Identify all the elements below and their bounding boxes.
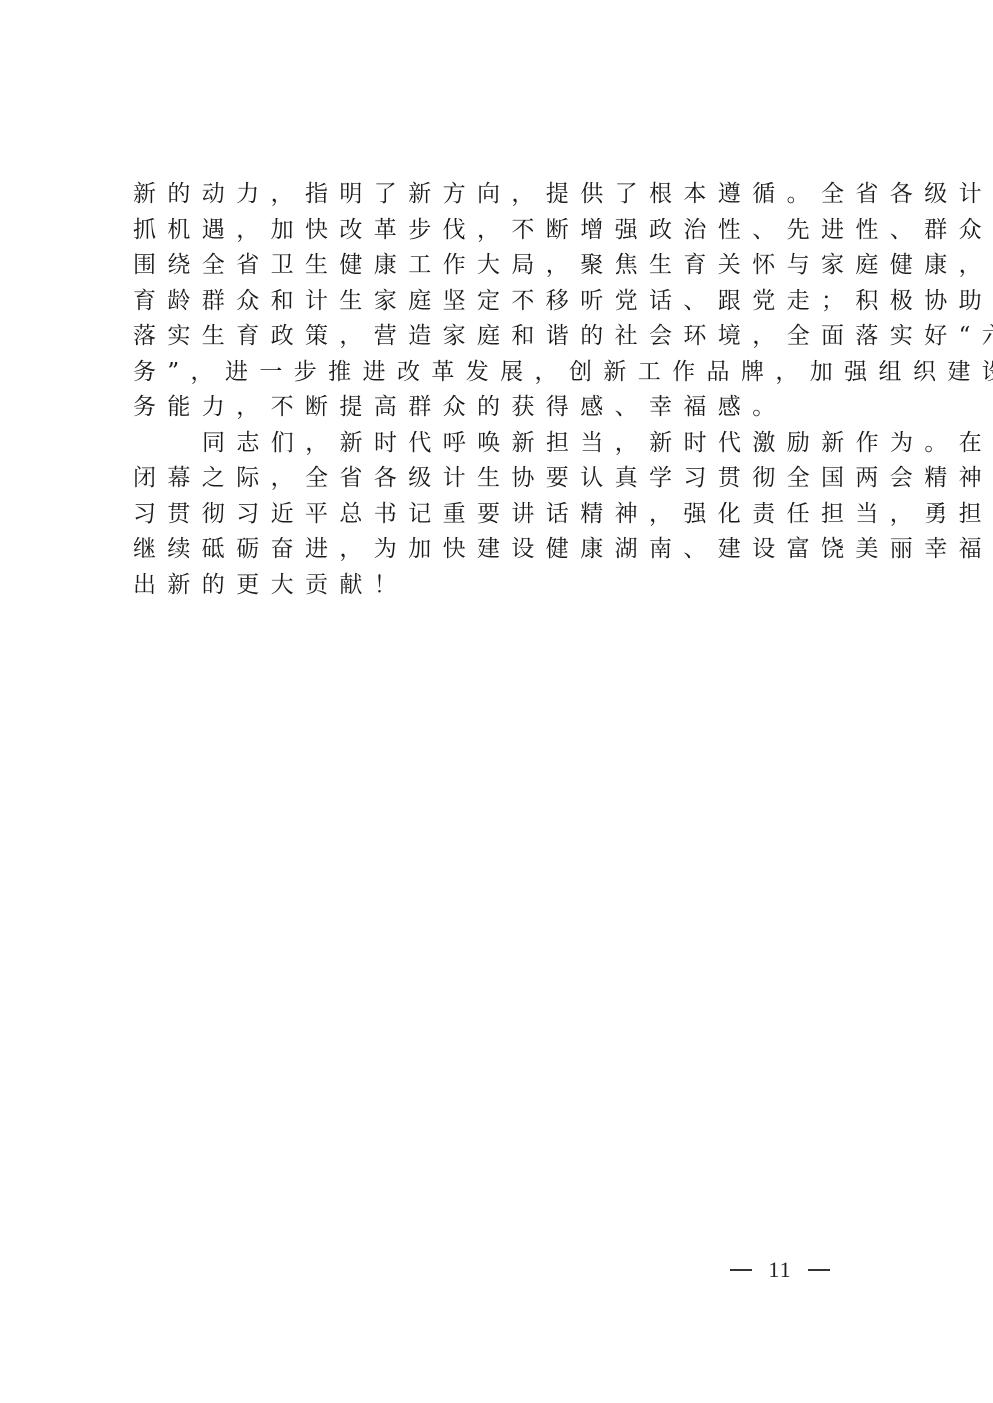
paragraph-1: 新的动力，指明了新方向，提供了根本遵循。全省各级计生协要抢 抓机遇，加快改革步伐…	[133, 177, 873, 426]
text-line: 同志们，新时代呼唤新担当，新时代激励新作为。在全国两会	[133, 426, 873, 462]
body-text: 新的动力，指明了新方向，提供了根本遵循。全省各级计生协要抢 抓机遇，加快改革步伐…	[133, 177, 873, 603]
text-line: 闭幕之际，全省各级计生协要认真学习贯彻全国两会精神，认真学	[133, 461, 873, 497]
text-line: 出新的更大贡献！	[133, 568, 873, 604]
right-dash-decoration	[808, 1269, 830, 1270]
text-line: 落实生育政策，营造家庭和谐的社会环境，全面落实好“六项重点任	[133, 319, 873, 355]
text-line: 务”，进一步推进改革发展，创新工作品牌，加强组织建设，提升服	[133, 355, 873, 391]
left-dash-decoration	[730, 1269, 752, 1270]
text-line: 继续砥砺奋进，为加快建设健康湖南、建设富饶美丽幸福新湖南作	[133, 532, 873, 568]
document-page: 新的动力，指明了新方向，提供了根本遵循。全省各级计生协要抢 抓机遇，加快改革步伐…	[0, 0, 993, 1403]
page-number: 11	[730, 1257, 830, 1283]
text-line: 育龄群众和计生家庭坚定不移听党话、跟党走；积极协助党和政府	[133, 284, 873, 320]
text-line: 围绕全省卫生健康工作大局，聚焦生育关怀与家庭健康，引导广大	[133, 248, 873, 284]
text-line: 习贯彻习近平总书记重要讲话精神，强化责任担当，勇担使命任务，	[133, 497, 873, 533]
text-line: 务能力，不断提高群众的获得感、幸福感。	[133, 390, 873, 426]
page-number-value: 11	[768, 1257, 791, 1283]
text-line: 抓机遇，加快改革步伐，不断增强政治性、先进性、群众性，紧紧	[133, 213, 873, 249]
paragraph-2: 同志们，新时代呼唤新担当，新时代激励新作为。在全国两会 闭幕之际，全省各级计生协…	[133, 426, 873, 604]
text-line: 新的动力，指明了新方向，提供了根本遵循。全省各级计生协要抢	[133, 177, 873, 213]
